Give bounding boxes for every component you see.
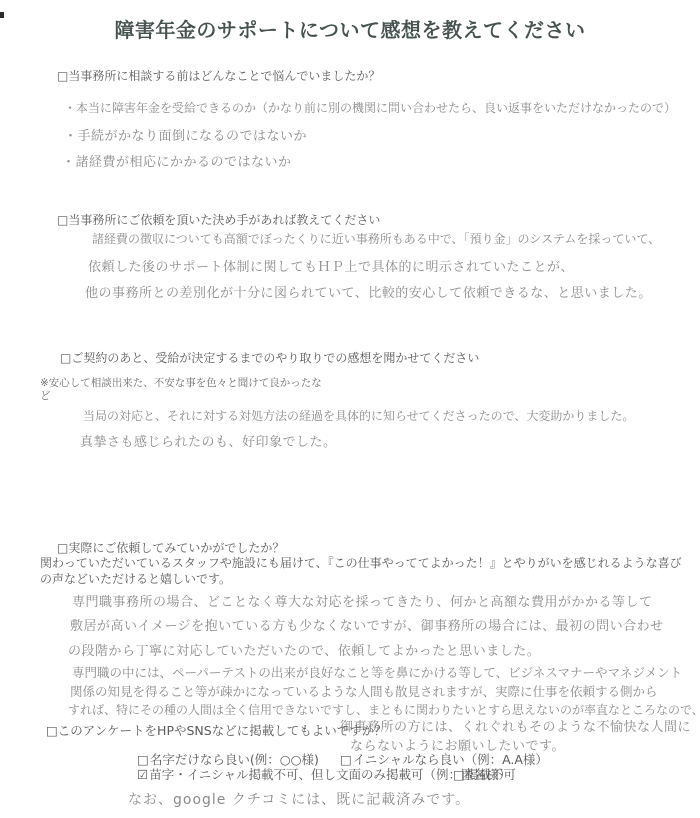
- q3-answer-line: 真摯さも感じられたのも、好印象でした。: [80, 431, 337, 450]
- question-3-label: □ご契約のあと、受給が決定するまでのやり取りでの感想を聞かせてください: [60, 349, 479, 366]
- q4-answer-line: の段階から丁寧に対応していただいたので、依頼してよかったと思いました。: [68, 640, 540, 659]
- q4-description-line: 関わっていただいているスタッフや施設にも届けて、『この仕事やっててよかった！』と…: [40, 554, 682, 571]
- q5-postscript-note: なお、google クチコミには、既に記載済みです。: [128, 789, 470, 809]
- q2-answer-line: 他の事務所との差別化が十分に図られていて、比較的安心して依頼できるな、と思いまし…: [85, 282, 652, 301]
- option-label: 掲載不可: [466, 767, 516, 782]
- q2-answer-line: 依頼した後のサポート体制に関してもＨＰ上で具体的に明示されていたことが、: [88, 256, 574, 275]
- question-2-label: □当事務所にご依頼を頂いた決め手があれば教えてください: [57, 211, 380, 228]
- q4-answer-line: 敷居が高いイメージを抱いている方も少なくないですが、御事務所の場合には、最初の問…: [70, 615, 664, 634]
- q4-answer-line: 関係の知見を得ること等が疎かになっているような人間も散見されますが、実際に仕事を…: [70, 682, 658, 700]
- checkbox-checked-icon[interactable]: ☑: [137, 767, 148, 782]
- question-1-label: □当事務所に相談する前はどんなことで悩んでいましたか？: [57, 67, 380, 84]
- q1-answer-line: ・手続がかなり面倒になるのではないか: [64, 125, 307, 144]
- q2-answer-line: 諸経費の徴収についても高額でぼったくりに近い事務所もある中で、「預り金」のシステ…: [92, 230, 660, 247]
- q4-description-line: の声などいただけると嬉しいです。: [40, 570, 231, 587]
- q4-answer-overlay-line: 御事務所の方には、くれぐれもそのような不愉快な人間に: [340, 716, 691, 735]
- checkbox-unchecked-icon[interactable]: □: [453, 767, 465, 782]
- q3-answer-line: 当局の対応と、それに対する対処方法の経過を具体的に知らせてくださったので、大変助…: [83, 407, 634, 424]
- q3-note-line: ※安心して相談出来た、不安な事を色々と聞けて良かったな: [40, 375, 322, 390]
- q1-answer-line: ・諸経費が相応にかかるのではないか: [62, 151, 292, 170]
- page-title: 障害年金のサポートについて感想を教えてください: [0, 14, 700, 43]
- question-5-label: □このアンケートをHPやSNSなどに掲載してもよいですか？: [46, 721, 387, 739]
- q1-answer-line: ・本当に障害年金を受給できるのか（かなり前に別の機関に問い合わせたら、良い返事を…: [64, 99, 676, 116]
- scanned-survey-sheet: 障害年金のサポートについて感想を教えてください □当事務所に相談する前はどんなこ…: [0, 0, 700, 818]
- q4-answer-line: 専門職事務所の場合、どことなく尊大な対応を採ってきたり、何かと高額な費用がかかる…: [72, 591, 653, 610]
- q4-answer-line: 専門職の中には、ペーパーテストの出来が良好なこと等を鼻にかける等して、ビジネスマ…: [72, 663, 682, 681]
- option-no-publication[interactable]: □掲載不可: [453, 765, 516, 783]
- q3-note-line: ど: [40, 388, 51, 403]
